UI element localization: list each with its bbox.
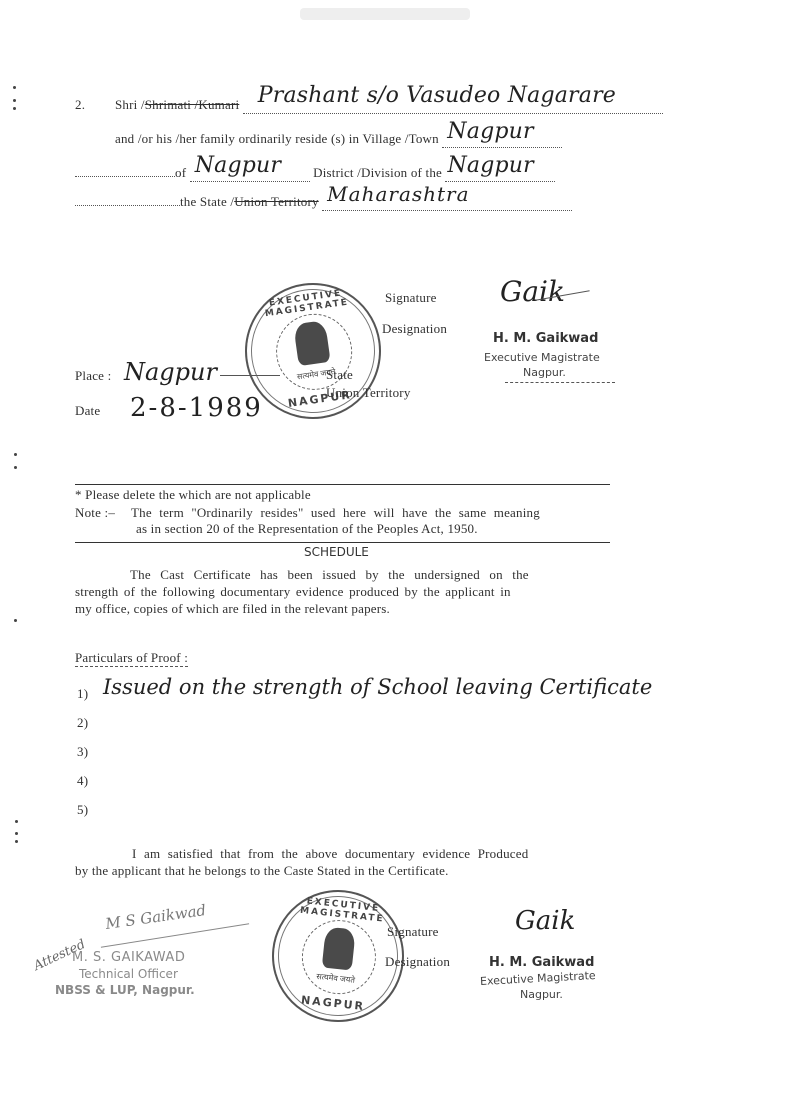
margin-dot <box>14 453 17 456</box>
signature-label-2: Signature <box>387 924 439 940</box>
schedule-para-1: The Cast Certificate has been issued by … <box>130 567 529 583</box>
margin-dot <box>14 466 17 469</box>
satisfied-line-2: by the applicant that he belongs to the … <box>75 863 449 879</box>
officer-title: Executive Magistrate <box>484 351 600 364</box>
division-value: Nagpur <box>447 153 533 178</box>
designation-label-2: Designation <box>385 954 450 970</box>
applicant-name: Prashant s/o Vasudeo Nagarare <box>258 83 616 108</box>
place-label: Place : <box>75 368 111 384</box>
divider-bottom <box>75 542 610 543</box>
village-town-value: Nagpur <box>447 119 533 144</box>
proof-num-1: 1) <box>77 686 88 702</box>
attestation-name: M. S. GAIKAWAD <box>72 950 185 965</box>
state-line: the State /Union Territory Maharashtra <box>75 194 572 211</box>
signature-label: Signature <box>385 290 437 306</box>
state-label: the State / <box>180 194 234 209</box>
schedule-para-2: strength of the following documentary ev… <box>75 584 511 600</box>
attestation-title: Technical Officer <box>79 967 178 981</box>
officer-place: Nagpur. <box>523 366 566 379</box>
proof-num-2: 2) <box>77 715 88 731</box>
proof-heading: Particulars of Proof : <box>75 650 188 667</box>
margin-dot <box>15 840 18 843</box>
village-field: Nagpur <box>442 131 562 148</box>
district-value: Nagpur <box>195 153 281 178</box>
section-number: 2. <box>75 97 85 113</box>
name-field: Prashant s/o Vasudeo Nagarare <box>243 97 663 114</box>
ut-label: Union Territory <box>326 385 411 401</box>
note-line-1: The term "Ordinarily resides" used here … <box>131 505 540 521</box>
district-field: Nagpur <box>190 165 310 182</box>
divider-top <box>75 484 610 485</box>
margin-dot <box>15 820 18 823</box>
state-field: Maharashtra <box>322 194 572 211</box>
date-label: Date <box>75 403 100 419</box>
date-value: 2-8-1989 <box>130 393 263 423</box>
officer-title-2: Executive Magistrate <box>480 969 596 988</box>
proof-num-5: 5) <box>77 802 88 818</box>
title-struck: Shrimati /Kumari <box>145 97 240 112</box>
satisfied-line-1: I am satisfied that from the above docum… <box>132 846 528 862</box>
margin-dot <box>13 107 16 110</box>
margin-dot <box>15 832 18 835</box>
schedule-heading: SCHEDULE <box>304 545 369 559</box>
officer-underline <box>505 382 615 383</box>
margin-dot <box>13 99 16 102</box>
state-label-2: State <box>326 367 353 383</box>
proof-num-4: 4) <box>77 773 88 789</box>
of-label: of <box>175 165 186 180</box>
stamp-bottom-text-2: NAGPUR <box>269 990 398 1016</box>
state-struck: Union Territory <box>234 194 319 209</box>
magistrate-signature-2: Gaik <box>515 906 575 936</box>
note-label: Note :– <box>75 505 115 521</box>
attestation-org: NBSS & LUP, Nagpur. <box>55 983 195 997</box>
note-line-2: as in section 20 of the Representation o… <box>136 521 478 537</box>
residence-line: and /or his /her family ordinarily resid… <box>115 131 562 148</box>
margin-dot <box>13 86 16 89</box>
place-stroke <box>220 375 280 376</box>
title-prefix: Shri / <box>115 97 145 112</box>
emblem-icon <box>321 926 356 970</box>
residence-label: and /or his /her family ordinarily resid… <box>115 131 439 146</box>
bleed-through-mark <box>300 8 470 20</box>
division-field: Nagpur <box>445 165 555 182</box>
attestation-signature: M S Gaikwad <box>104 901 207 933</box>
schedule-para-3: my office, copies of which are filed in … <box>75 601 390 617</box>
district-line: of Nagpur District /Division of the Nagp… <box>75 165 555 182</box>
district-label: District /Division of the <box>313 165 442 180</box>
place-value: Nagpur <box>124 358 217 386</box>
footnote: * Please delete the which are not applic… <box>75 487 311 503</box>
proof-num-3: 3) <box>77 744 88 760</box>
officer-name-2: H. M. Gaikwad <box>489 955 594 970</box>
designation-label: Designation <box>382 321 447 337</box>
officer-name: H. M. Gaikwad <box>493 331 598 346</box>
magistrate-signature: Gaik <box>500 275 565 308</box>
name-line: Shri /Shrimati /Kumari Prashant s/o Vasu… <box>115 97 663 114</box>
proof-value-1: Issued on the strength of School leaving… <box>103 675 652 699</box>
margin-dot <box>14 619 17 622</box>
officer-place-2: Nagpur. <box>520 988 563 1001</box>
state-value: Maharashtra <box>327 182 469 206</box>
